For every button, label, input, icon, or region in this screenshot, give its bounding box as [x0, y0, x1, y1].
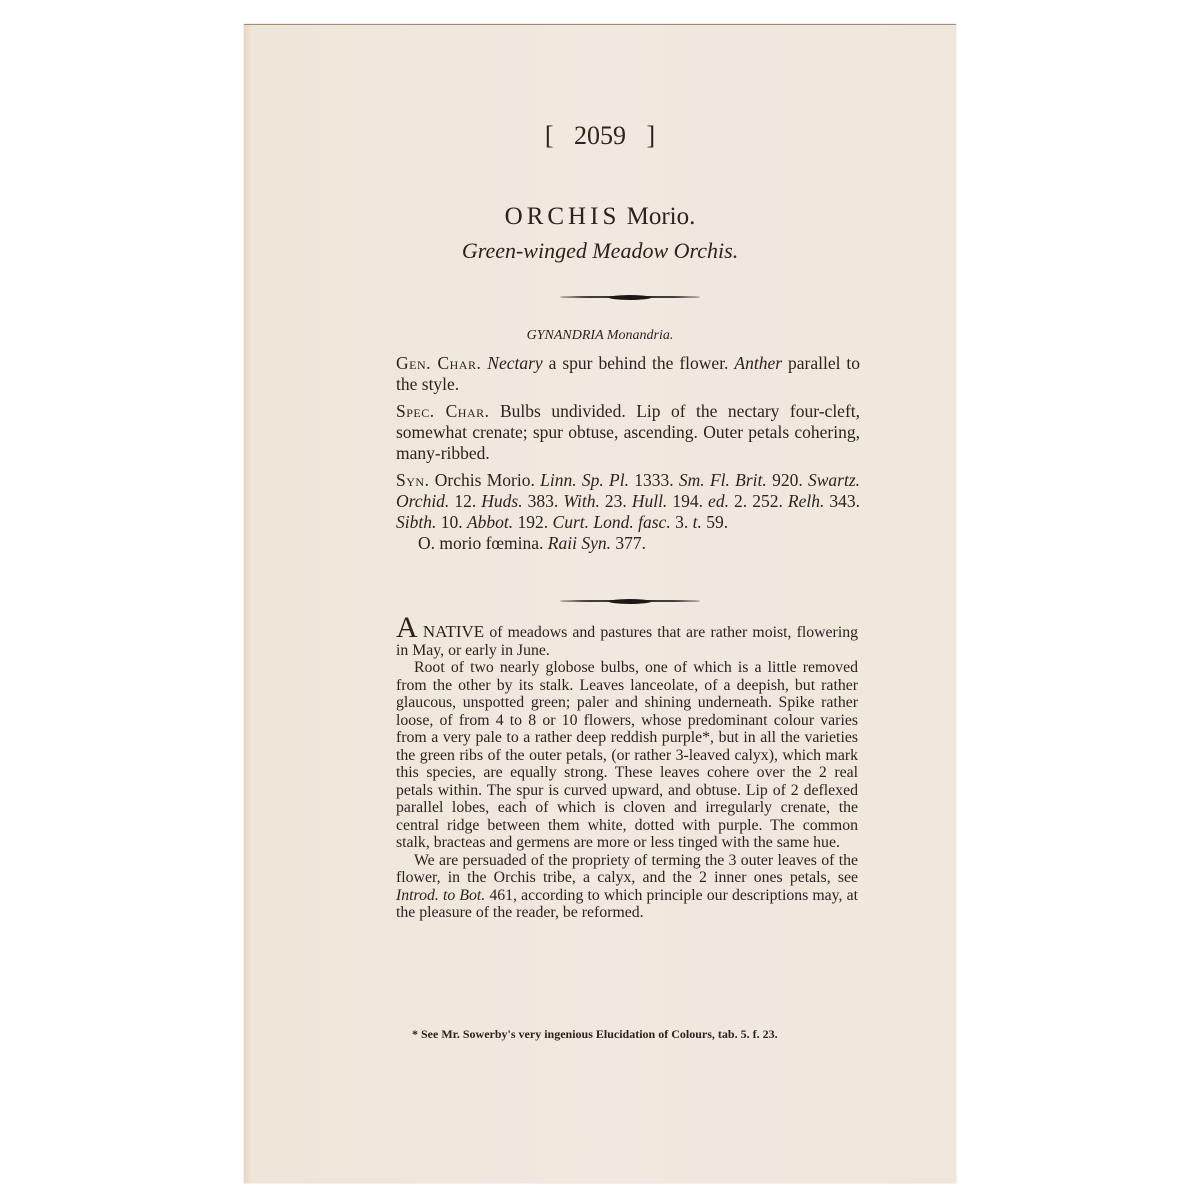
drop-cap: A [396, 611, 418, 644]
opening-caps: NATIVE [423, 622, 484, 641]
gen-char-label: Gen. Char. [396, 353, 481, 373]
genus-name: ORCHIS [505, 203, 621, 230]
common-name: Green-winged Meadow Orchis. [244, 238, 956, 264]
syn-label: Syn. [396, 470, 429, 490]
plate-number: [ 2059 ] [244, 121, 956, 151]
specific-character: Spec. Char. Bulbs undivided. Lip of the … [396, 401, 860, 464]
syn-alt-text: O. morio fœmina. Raii Syn. 377. [396, 533, 860, 554]
linnaean-classification: GYNANDRIA Monandria. [244, 328, 956, 344]
class-name: GYNANDRIA [527, 328, 604, 343]
order-name: Monandria. [607, 328, 674, 343]
species-epithet: Morio. [627, 203, 696, 230]
synonymy: Syn. Orchis Morio. Linn. Sp. Pl. 1333. S… [396, 470, 860, 554]
syn-text: Orchis Morio. Linn. Sp. Pl. 1333. Sm. Fl… [396, 470, 860, 532]
book-page: [ 2059 ] ORCHIS Morio. Green-winged Mead… [244, 24, 956, 1183]
species-title: ORCHIS Morio. [244, 203, 956, 231]
ornamental-rule [560, 600, 700, 602]
spec-char-label: Spec. Char. [396, 401, 490, 421]
species-description: A NATIVE of meadows and pastures that ar… [396, 619, 858, 922]
ornamental-rule [560, 296, 700, 298]
description-paragraph: We are persuaded of the propriety of ter… [396, 852, 858, 922]
description-paragraph: Root of two nearly globose bulbs, one of… [396, 659, 858, 852]
description-paragraph: A NATIVE of meadows and pastures that ar… [396, 619, 858, 659]
footnote: * See Mr. Sowerby's very ingenious Eluci… [412, 1027, 852, 1042]
generic-character: Gen. Char. Nectary a spur behind the flo… [396, 353, 860, 395]
